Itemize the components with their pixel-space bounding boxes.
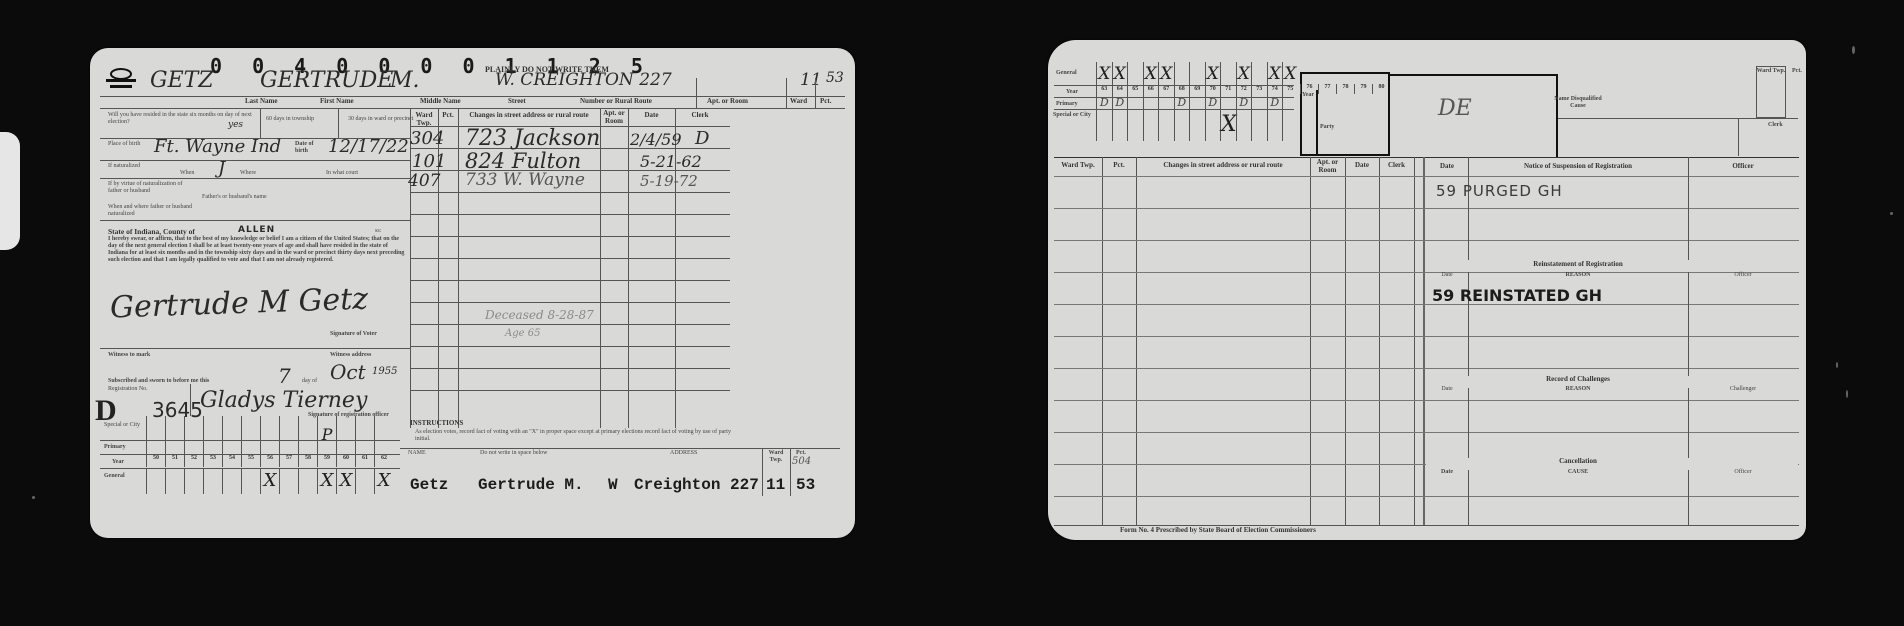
primary-vote-mark (260, 416, 279, 454)
back-col-clerk: Clerk (1379, 162, 1414, 170)
first-name-value: GERTRUDE (260, 68, 393, 93)
primary-vote-mark (1189, 97, 1205, 109)
primary-vote-mark (203, 416, 222, 454)
primary-label: Primary (104, 444, 126, 451)
reinstatement-entry: 59 REINSTATED GH (1432, 286, 1602, 305)
general-vote-mark: X (1096, 62, 1112, 86)
general-vote-mark (241, 468, 260, 494)
state-county-label: State of Indiana, County of (108, 228, 195, 236)
general-vote-mark (355, 468, 374, 494)
naturalized-when-label: When (180, 170, 194, 177)
back-primary-row: DDDDDD (1096, 97, 1298, 109)
primary-vote-mark (222, 416, 241, 454)
voter-signature: Gertrude M Getz (109, 282, 368, 326)
typed-first-name: Gertrude M. (478, 476, 584, 494)
row-ward: 304 (410, 128, 444, 149)
reinstatement-col-reason: REASON (1468, 272, 1688, 279)
front-col-address: Changes in street address or rural route (460, 112, 598, 120)
back-clerk-label: Clerk (1768, 122, 1783, 129)
primary-vote-mark: P (317, 416, 336, 454)
back-col-pct: Pct. (1102, 162, 1136, 170)
cancellation-col-cause: CAUSE (1468, 469, 1688, 476)
general-vote-mark: X (1158, 62, 1174, 86)
apt-label: Apt. or Room (707, 98, 748, 106)
oath-text: I hereby swear, or affirm, that to the b… (108, 236, 406, 264)
subscribed-month: Oct (330, 360, 366, 384)
year-cell: 50 (146, 455, 165, 467)
primary-vote-mark: D (1096, 97, 1112, 109)
typed-street: Creighton 227 (634, 476, 759, 494)
front-registration-card: 0 0 4 0 0 0 0 1 1 2 5 PLAINLY DO NOT WRI… (90, 48, 855, 538)
father-when-where-label: When and where father or husband natural… (108, 204, 198, 218)
box-year-cell: 77 (1318, 84, 1336, 94)
name-label: NAME (408, 450, 426, 457)
general-label: General (104, 473, 125, 480)
front-col-clerk: Clerk (675, 112, 725, 120)
year-cell: 59 (317, 455, 336, 467)
naturalized-when-value: J (218, 158, 225, 179)
special-vote-mark (1282, 109, 1298, 141)
challenges-col-date: Date (1426, 386, 1468, 393)
subscribed-year: 1955 (372, 366, 397, 377)
witness-label: Witness to mark (108, 352, 150, 359)
naturalized-label: If naturalized (108, 163, 140, 170)
special-vote-mark (1143, 109, 1159, 141)
year-cell: 51 (165, 455, 184, 467)
ward-value: 11 (800, 70, 822, 90)
primary-vote-mark (165, 416, 184, 454)
subscribed-day: 7 (278, 364, 291, 388)
row-ward: 101 (412, 151, 446, 172)
front-col-date: Date (628, 112, 675, 120)
front-general-row: XXXX (146, 468, 393, 494)
middle-name-value: M. (390, 68, 420, 93)
year-cell: 66 (1143, 86, 1159, 97)
back-year-label: Year (1066, 89, 1078, 96)
primary-vote-mark (241, 416, 260, 454)
reinstatement-title: Reinstatement of Registration (1468, 261, 1688, 269)
back-year-row: 63646566676869707172737475 (1096, 86, 1298, 97)
challenges-title: Record of Challenges (1468, 376, 1688, 384)
general-vote-mark: X (1205, 62, 1221, 86)
footer-ward-label: Ward Twp. (762, 450, 790, 464)
primary-vote-mark (336, 416, 355, 454)
birthplace-label: Place of birth (108, 141, 148, 148)
row-address: 733 W. Wayne (465, 170, 585, 190)
street-label: Street (508, 98, 526, 106)
general-vote-mark: X (1112, 62, 1128, 86)
box-year-cell: 78 (1336, 84, 1354, 94)
middle-name-label: Middle Name (420, 98, 461, 106)
back-pct-label: Pct. (1792, 68, 1802, 75)
suspension-col-officer: Officer (1688, 163, 1798, 171)
year-cell: 56 (260, 455, 279, 467)
year-cell: 55 (241, 455, 260, 467)
primary-vote-mark (298, 416, 317, 454)
year-cell: 60 (336, 455, 355, 467)
general-vote-mark (1251, 62, 1267, 86)
street-value: W. CREIGHTON 227 (495, 70, 672, 90)
residence-answer: yes (228, 120, 243, 130)
primary-vote-mark (374, 416, 393, 454)
first-name-label: First Name (320, 98, 354, 106)
back-special-label: Special or City (1052, 112, 1092, 119)
number-label: Number or Rural Route (580, 98, 652, 106)
typed-ward: 11 (766, 476, 785, 494)
back-primary-label: Primary (1056, 101, 1078, 108)
year-cell: 61 (355, 455, 374, 467)
back-special-row: X (1096, 109, 1298, 141)
general-vote-mark (1127, 62, 1143, 86)
reinstatement-col-date: Date (1426, 272, 1468, 279)
instructions-title: INSTRUCTIONS (410, 420, 463, 428)
suspension-col-notice: Notice of Suspension of Registration (1468, 163, 1688, 171)
year-cell: 54 (222, 455, 241, 467)
back-col-apt: Apt. or Room (1310, 159, 1345, 174)
front-year-row: 50515253545556575859606162 (146, 455, 393, 467)
row-date: 5-19-72 (640, 172, 698, 190)
cancellation-col-officer: Officer (1688, 469, 1798, 476)
general-vote-mark (165, 468, 184, 494)
front-primary-row: P (146, 416, 393, 454)
back-ward-label: Ward Twp. (1756, 68, 1786, 75)
year-cell: 52 (184, 455, 203, 467)
typed-last-name: Getz (410, 476, 448, 494)
year-cell: 71 (1220, 86, 1236, 97)
instructions-text: As election votes, record fact of voting… (415, 429, 745, 443)
ward-label: Ward (790, 98, 807, 106)
ss-label: ss: (375, 228, 381, 235)
front-col-apt: Apt. or Room (600, 110, 628, 125)
pct-label: Pct. (820, 98, 831, 106)
general-vote-mark (1189, 62, 1205, 86)
general-vote-mark: X (1143, 62, 1159, 86)
general-vote-mark: X (1282, 62, 1298, 86)
special-vote-mark (1205, 109, 1221, 141)
last-name-label: Last Name (245, 98, 277, 106)
primary-vote-mark (184, 416, 203, 454)
father-naturalization-label: If by virtue of naturalization of father… (108, 181, 188, 195)
year-cell: 57 (279, 455, 298, 467)
year-cell: 58 (298, 455, 317, 467)
general-vote-mark: X (336, 468, 355, 494)
special-vote-mark (1096, 109, 1112, 141)
year-cell: 75 (1282, 86, 1298, 97)
challenges-col-challenger: Challenger (1688, 386, 1798, 393)
year-cell: 73 (1251, 86, 1267, 97)
typed-direction: W (608, 476, 618, 494)
primary-vote-mark: D (1205, 97, 1221, 109)
seal-logo-icon (104, 66, 138, 90)
back-general-row: XXXXXXXX (1096, 62, 1298, 86)
registrar-signature: Gladys Tierney (200, 388, 367, 413)
general-vote-mark: X (260, 468, 279, 494)
typed-pct: 53 (796, 476, 815, 494)
year-cell: 62 (374, 455, 393, 467)
back-col-date: Date (1345, 162, 1379, 170)
naturalized-court-label: In what court (326, 170, 358, 177)
primary-vote-mark (1282, 97, 1298, 109)
year-cell: 69 (1189, 86, 1205, 97)
cancellation-col-date: Date (1426, 469, 1468, 476)
primary-vote-mark (1127, 97, 1143, 109)
row-clerk: D (695, 128, 709, 149)
primary-vote-mark: D (1236, 97, 1252, 109)
general-vote-mark (1174, 62, 1190, 86)
special-vote-mark (1174, 109, 1190, 141)
primary-vote-mark (1220, 97, 1236, 109)
reinstatement-col-officer: Officer (1688, 272, 1798, 279)
special-city-label: Special or City (104, 422, 144, 429)
disqualified-label: Name Disqualified Cause (1548, 96, 1608, 110)
box-year-label: Year (1302, 92, 1314, 99)
primary-vote-mark: D (1112, 97, 1128, 109)
day-of-label: day of (302, 378, 317, 385)
primary-vote-mark: D (1267, 97, 1283, 109)
special-vote-mark (1267, 109, 1283, 141)
father-name-label: Father's or husband's name (202, 194, 267, 201)
general-vote-mark (184, 468, 203, 494)
pct-value: 53 (826, 70, 844, 86)
general-vote-mark: X (1267, 62, 1283, 86)
back-col-ward: Ward Twp. (1054, 162, 1102, 170)
general-vote-mark: X (317, 468, 336, 494)
birthplace-value: Ft. Wayne Ind (154, 136, 281, 157)
witness-address-label: Witness address (330, 352, 371, 359)
general-vote-mark (279, 468, 298, 494)
primary-vote-mark (279, 416, 298, 454)
primary-vote-mark (1158, 97, 1174, 109)
year-label: Year (112, 459, 124, 466)
row-date: 5-21-62 (640, 152, 702, 171)
special-vote-mark: X (1220, 109, 1236, 141)
back-col-address: Changes in street address or rural route (1138, 162, 1308, 170)
form-footer: Form No. 4 Prescribed by State Board of … (1120, 527, 1316, 535)
general-vote-mark: X (1236, 62, 1252, 86)
address-label: ADDRESS (670, 450, 697, 457)
birthdate-label: Date of birth (295, 141, 325, 155)
year-cell: 53 (203, 455, 222, 467)
primary-vote-mark (146, 416, 165, 454)
faint-note-2: Age 65 (505, 328, 540, 339)
box-year-cell: 79 (1354, 84, 1372, 94)
township-days-label: 60 days in township (266, 116, 326, 123)
do-not-write-label: Do not write in space below (480, 450, 547, 457)
suspension-col-date: Date (1426, 163, 1468, 171)
special-vote-mark (1112, 109, 1128, 141)
box-party-label: Party (1320, 124, 1334, 131)
cancellation-title: Cancellation (1468, 458, 1688, 466)
general-vote-mark (222, 468, 241, 494)
footer-pct-handwritten: 504 (792, 456, 811, 467)
general-vote-mark (298, 468, 317, 494)
challenges-col-reason: REASON (1468, 386, 1688, 393)
primary-vote-mark (1143, 97, 1159, 109)
special-vote-mark (1189, 109, 1205, 141)
general-vote-mark (1220, 62, 1236, 86)
special-vote-mark (1251, 109, 1267, 141)
faint-note: Deceased 8-28-87 (485, 308, 594, 322)
year-cell: 65 (1127, 86, 1143, 97)
registration-no-label: Registration No. (108, 386, 148, 393)
back-registration-card: General Year Primary Special or City 636… (1048, 40, 1806, 540)
special-vote-mark (1158, 109, 1174, 141)
row-date: 2/4/59 (630, 130, 682, 149)
naturalized-where-label: Where (240, 170, 256, 177)
primary-vote-mark: D (1174, 97, 1190, 109)
primary-vote-mark (1251, 97, 1267, 109)
general-vote-mark (203, 468, 222, 494)
last-name-value: GETZ (150, 68, 214, 93)
special-vote-mark (1127, 109, 1143, 141)
general-vote-mark: X (374, 468, 393, 494)
suspension-entry: 59 PURGED GH (1436, 182, 1563, 200)
special-vote-mark (1236, 109, 1252, 141)
back-general-label: General (1056, 70, 1077, 77)
row-ward: 407 (408, 171, 440, 191)
year-cell: 67 (1158, 86, 1174, 97)
county-value: ALLEN (238, 225, 275, 235)
subscribed-label: Subscribed and sworn to before me this (108, 378, 209, 385)
birthdate-value: 12/17/22 (328, 136, 409, 157)
general-vote-mark (146, 468, 165, 494)
row-address: 723 Jackson (465, 126, 600, 151)
voter-signature-label: Signature of Voter (330, 331, 377, 338)
front-col-pct: Pct. (438, 112, 458, 120)
primary-vote-mark (355, 416, 374, 454)
